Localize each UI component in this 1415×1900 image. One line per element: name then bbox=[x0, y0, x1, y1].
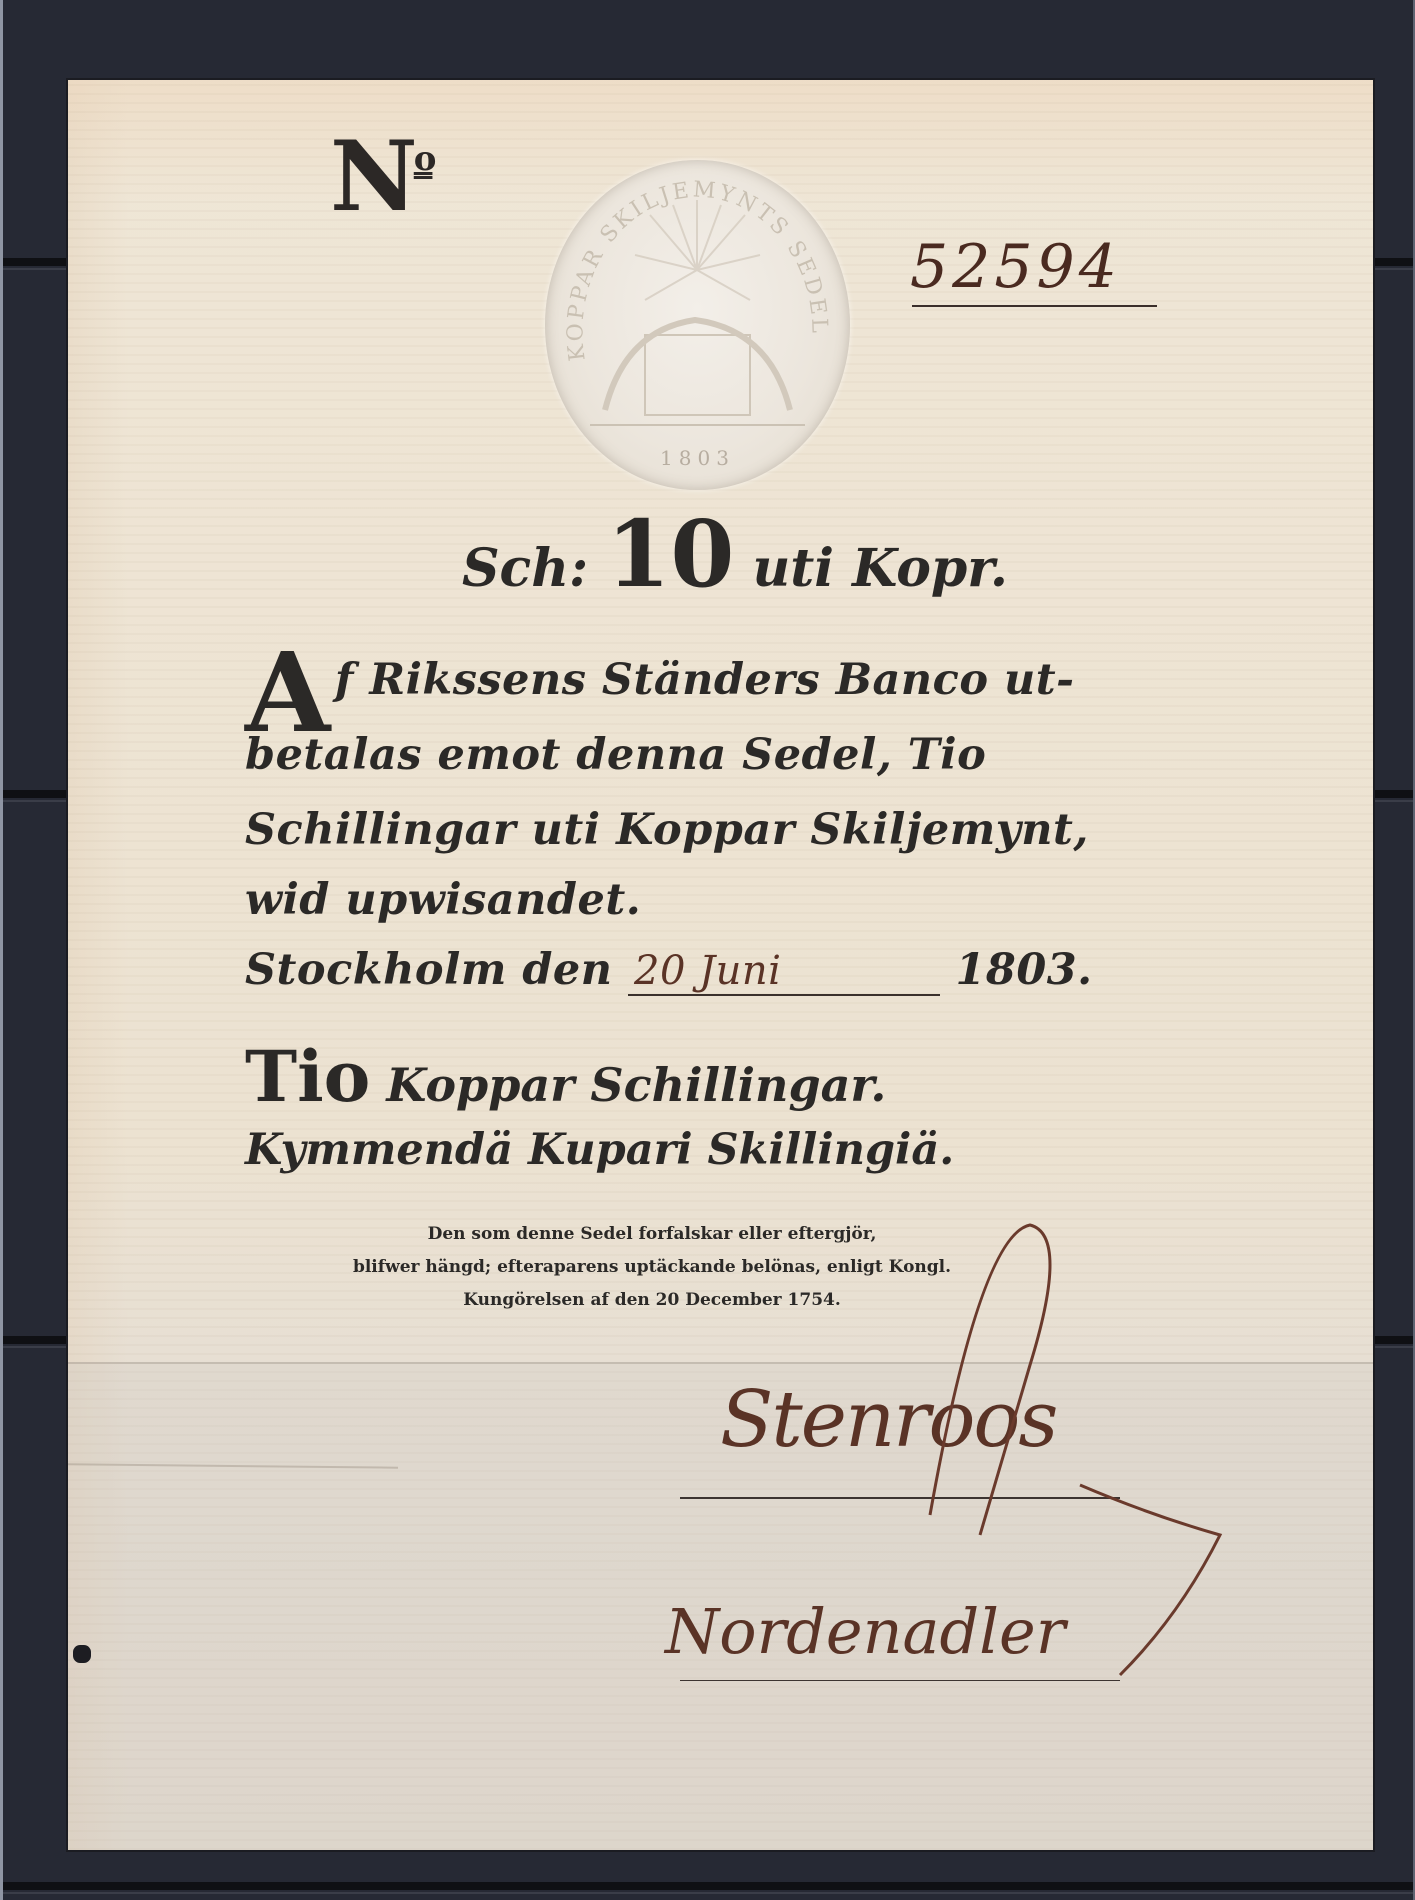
counterfeit-warning: Den som denne Sedel forfalskar eller eft… bbox=[322, 1218, 982, 1317]
place-date-line: Stockholm den 20 Juni 1803. bbox=[245, 945, 1093, 996]
body-line-1: A f Rikssens Ständers Banco ut- bbox=[245, 655, 1165, 737]
number-label-suffix: o bbox=[414, 139, 433, 179]
denomination-prefix: Sch: bbox=[462, 538, 588, 599]
amount-in-words-finnish: Kymmendä Kupari Skillingiä. bbox=[245, 1125, 954, 1175]
signature-2-line bbox=[680, 1680, 1120, 1681]
body-line-4: wid upwisandet. bbox=[245, 875, 641, 925]
seal-year: 1803 bbox=[545, 446, 850, 470]
number-label: No bbox=[330, 120, 432, 233]
amount-word-tio: Tio bbox=[245, 1035, 370, 1118]
punch-hole bbox=[73, 1645, 91, 1663]
issue-year: 1803. bbox=[955, 945, 1092, 995]
signature-2: Nordenadler bbox=[665, 1595, 1065, 1668]
mat-stripe bbox=[0, 1882, 1415, 1890]
drop-cap: A bbox=[245, 649, 331, 737]
denomination-value: 10 bbox=[606, 500, 734, 608]
denomination-heading: Sch: 10 uti Kopr. bbox=[462, 500, 1008, 608]
seal-emblem-icon: KOPPAR SKILJEMYNTS SEDEL bbox=[545, 160, 850, 490]
body-line-3: Schillingar uti Koppar Skiljemynt, bbox=[245, 805, 1089, 855]
amount-in-words-swedish: Tio Koppar Schillingar. bbox=[245, 1035, 886, 1118]
mat-edge bbox=[0, 0, 3, 1900]
serial-underline bbox=[912, 305, 1157, 307]
place-prefix: Stockholm den bbox=[245, 945, 613, 995]
embossed-seal: KOPPAR SKILJEMYNTS SEDEL 1803 bbox=[545, 160, 850, 490]
denomination-suffix: uti Kopr. bbox=[752, 538, 1008, 599]
body-line-2: betalas emot denna Sedel, Tio bbox=[245, 730, 986, 780]
serial-number: 52594 bbox=[910, 232, 1121, 302]
handwritten-date: 20 Juni bbox=[628, 948, 940, 996]
